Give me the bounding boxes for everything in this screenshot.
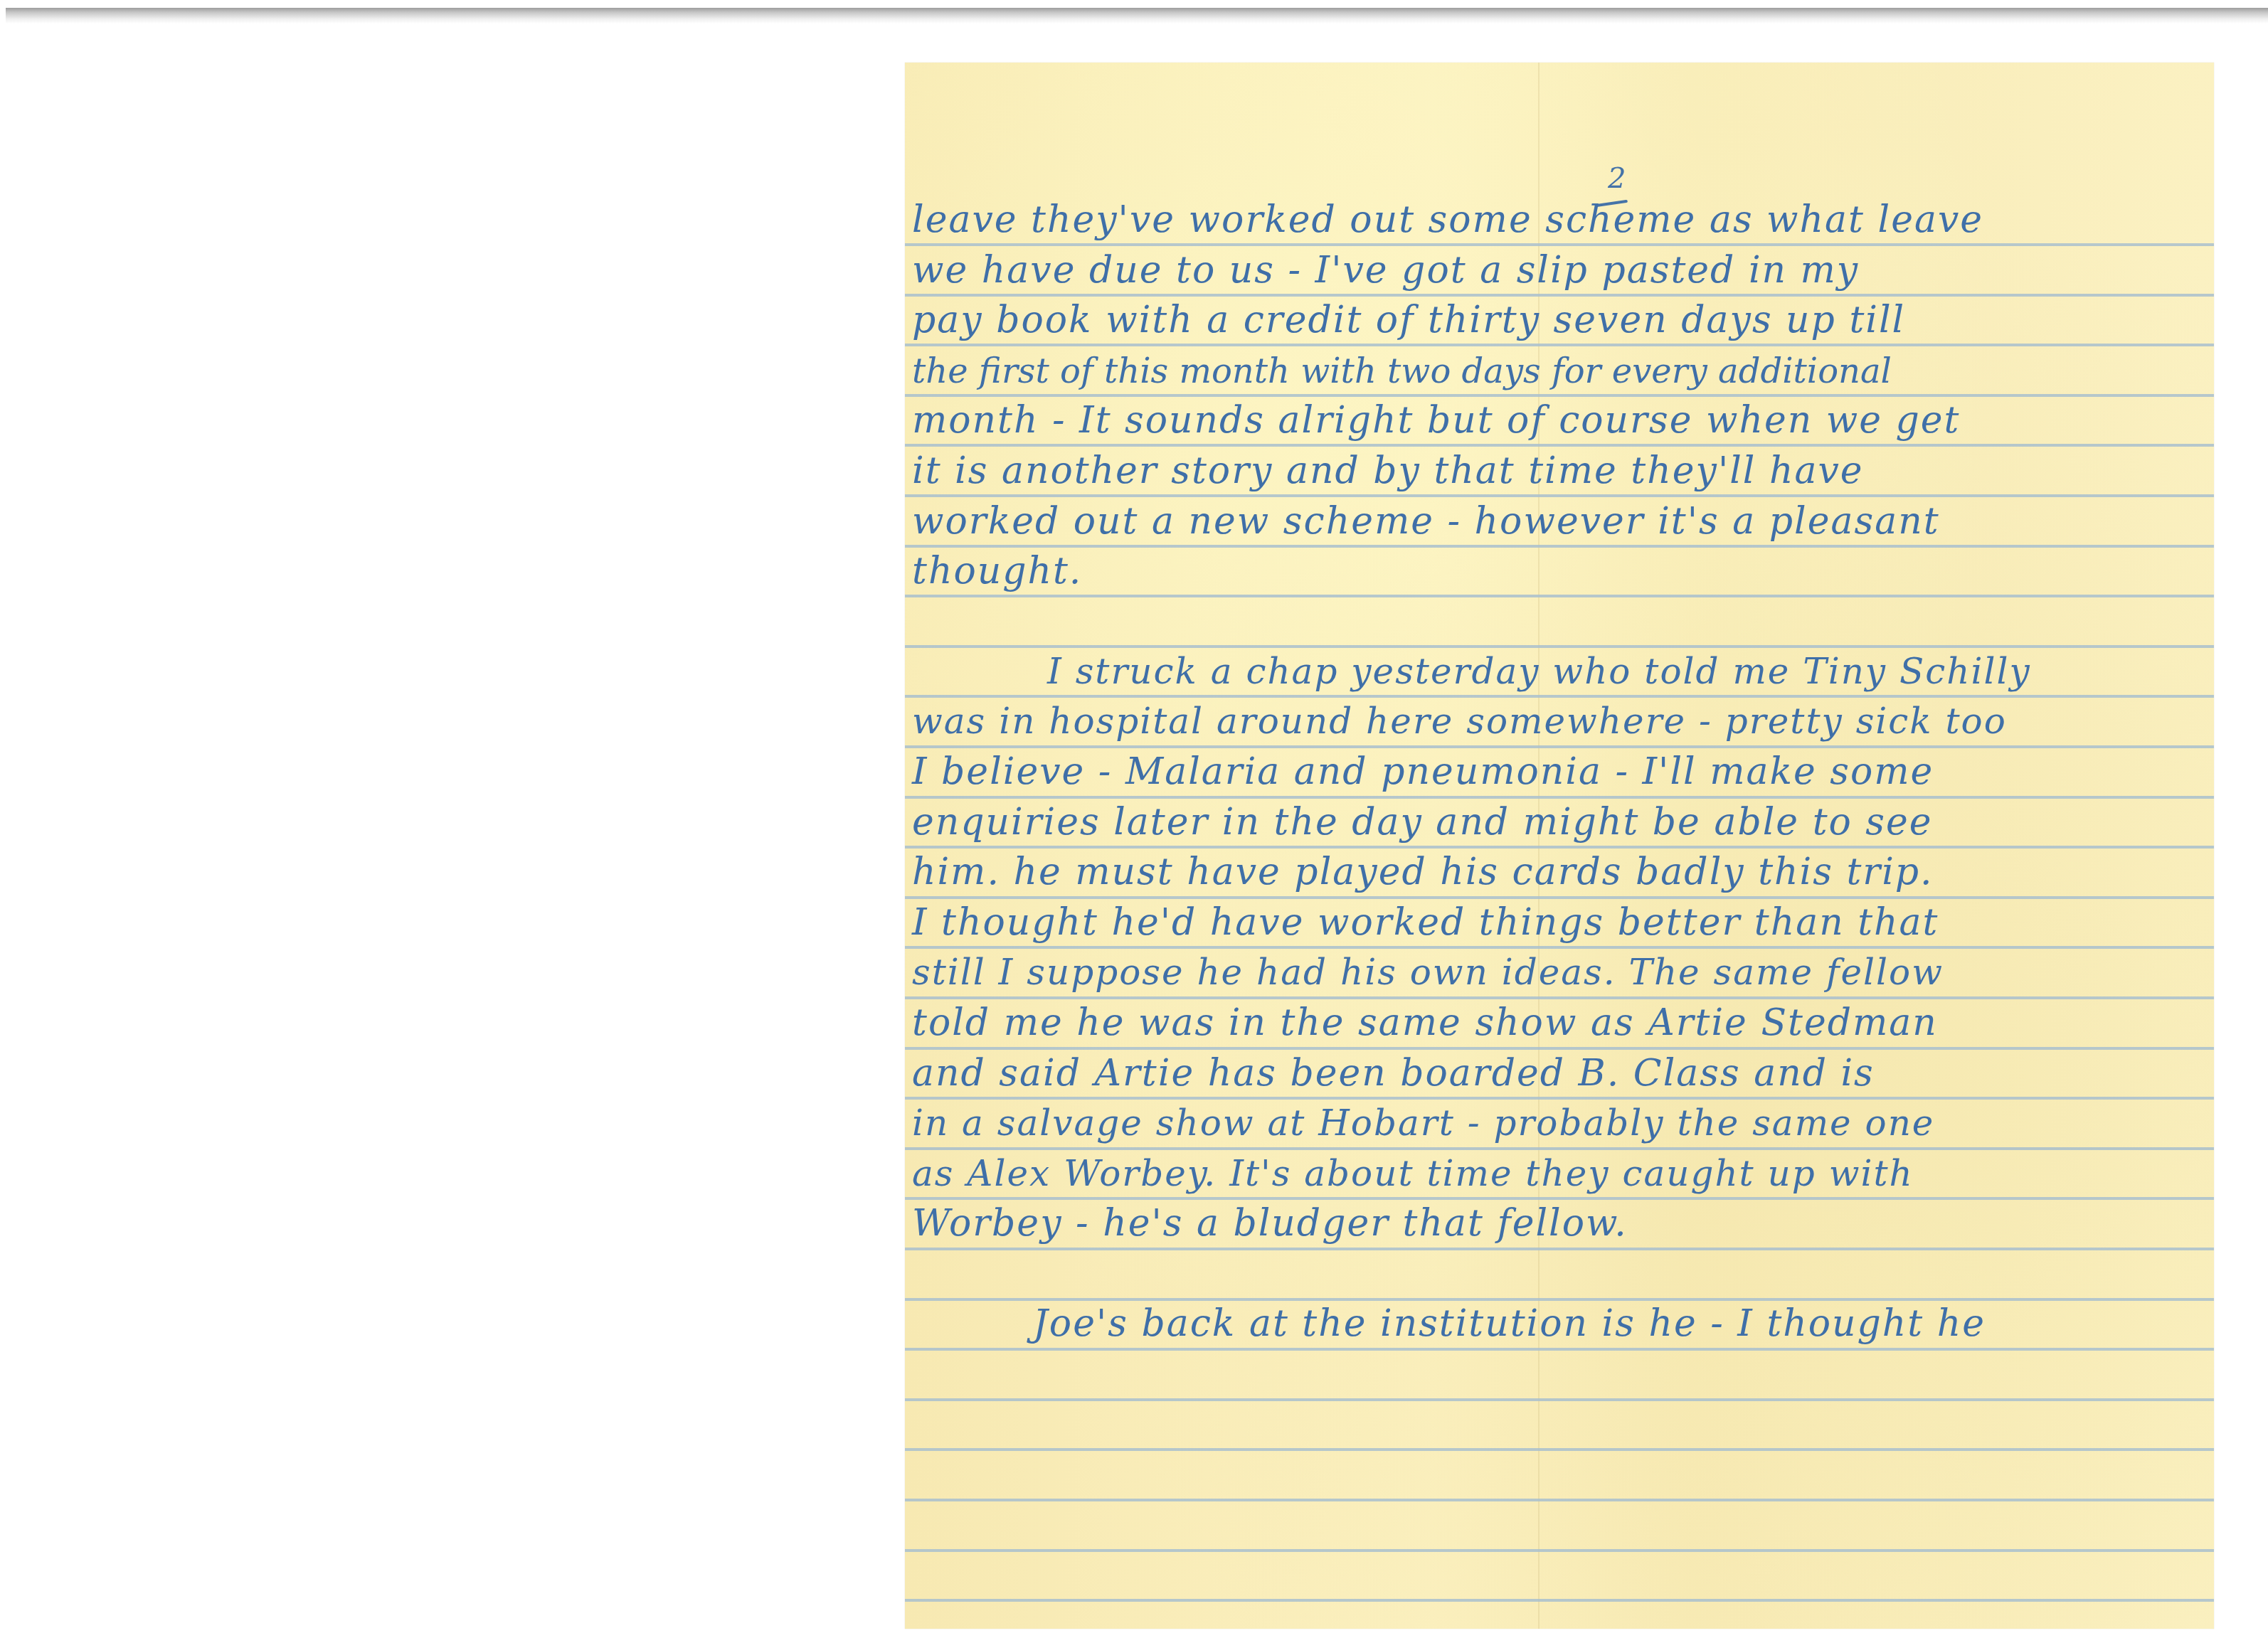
handwritten-line: leave they've worked out some scheme as … — [912, 195, 1983, 245]
handwritten-line: as Alex Worbey. It's about time they cau… — [912, 1149, 1914, 1198]
handwritten-line: worked out a new scheme - however it's a… — [912, 496, 1940, 546]
handwritten-line: enquiries later in the day and might be … — [912, 797, 1933, 847]
handwritten-line: him. he must have played his cards badly… — [912, 847, 1934, 897]
line-text: enquiries later in the day and might be … — [912, 797, 1933, 847]
ruled-line — [905, 1499, 2214, 1501]
handwritten-line: Worbey - he's a bludger that fellow. — [912, 1198, 1628, 1248]
handwritten-line: the first of this month with two days fo… — [912, 346, 1892, 395]
handwritten-line: thought. — [912, 546, 1082, 596]
handwritten-line: pay book with a credit of thirty seven d… — [912, 295, 1905, 345]
handwritten-line: it is another story and by that time the… — [912, 446, 1864, 496]
line-text: I struck a chap yesterday who told me Ti… — [1047, 647, 2031, 696]
scanner-shadow-band — [6, 8, 2268, 23]
line-text: as Alex Worbey. It's about time they cau… — [912, 1149, 1914, 1198]
handwritten-line: we have due to us - I've got a slip past… — [912, 245, 1859, 295]
line-text: Worbey - he's a bludger that fellow. — [912, 1198, 1628, 1248]
line-text: thought. — [912, 546, 1082, 596]
line-text: in a salvage show at Hobart - probably t… — [912, 1098, 1934, 1148]
line-text: was in hospital around here somewhere - … — [912, 696, 2007, 746]
line-text: and said Artie has been boarded B. Class… — [912, 1048, 1875, 1098]
ruled-line — [905, 1599, 2214, 1602]
ruled-line — [905, 1398, 2214, 1401]
handwritten-line: still I suppose he had his own ideas. Th… — [912, 947, 1944, 997]
line-text: the first of this month with two days fo… — [912, 346, 1892, 396]
line-text: month - It sounds alright but of course … — [912, 395, 1961, 445]
handwritten-line: told me he was in the same show as Artie… — [912, 998, 1938, 1048]
line-text: leave they've worked out some scheme as … — [912, 195, 1983, 245]
line-text: worked out a new scheme - however it's a… — [912, 496, 1940, 546]
handwritten-line: month - It sounds alright but of course … — [912, 395, 1961, 445]
line-text: still I suppose he had his own ideas. Th… — [912, 947, 1944, 997]
line-text: Joe's back at the institution is he - I … — [1033, 1299, 1986, 1349]
line-text: it is another story and by that time the… — [912, 446, 1864, 496]
handwritten-line: was in hospital around here somewhere - … — [912, 696, 2007, 746]
handwritten-line: and said Artie has been boarded B. Class… — [912, 1048, 1875, 1098]
ruled-line — [905, 1549, 2214, 1552]
ruled-line — [905, 595, 2214, 597]
line-text: pay book with a credit of thirty seven d… — [912, 295, 1905, 345]
handwritten-line: Joe's back at the institution is he - I … — [1033, 1299, 1986, 1349]
line-text: I believe - Malaria and pneumonia - I'll… — [912, 747, 1934, 797]
handwritten-line: I thought he'd have worked things better… — [912, 898, 1939, 947]
line-text: I thought he'd have worked things better… — [912, 898, 1939, 947]
line-text: we have due to us - I've got a slip past… — [912, 245, 1859, 295]
line-text: him. he must have played his cards badly… — [912, 847, 1934, 897]
page-number: 2 — [1608, 162, 1626, 195]
handwritten-line: I believe - Malaria and pneumonia - I'll… — [912, 747, 1934, 797]
ruled-line — [905, 1448, 2214, 1451]
line-text: told me he was in the same show as Artie… — [912, 998, 1938, 1048]
letter-page: 2 leave they've worked out some scheme a… — [905, 63, 2214, 1629]
handwritten-line: in a salvage show at Hobart - probably t… — [912, 1098, 1934, 1148]
handwritten-line: I struck a chap yesterday who told me Ti… — [1047, 647, 2031, 696]
